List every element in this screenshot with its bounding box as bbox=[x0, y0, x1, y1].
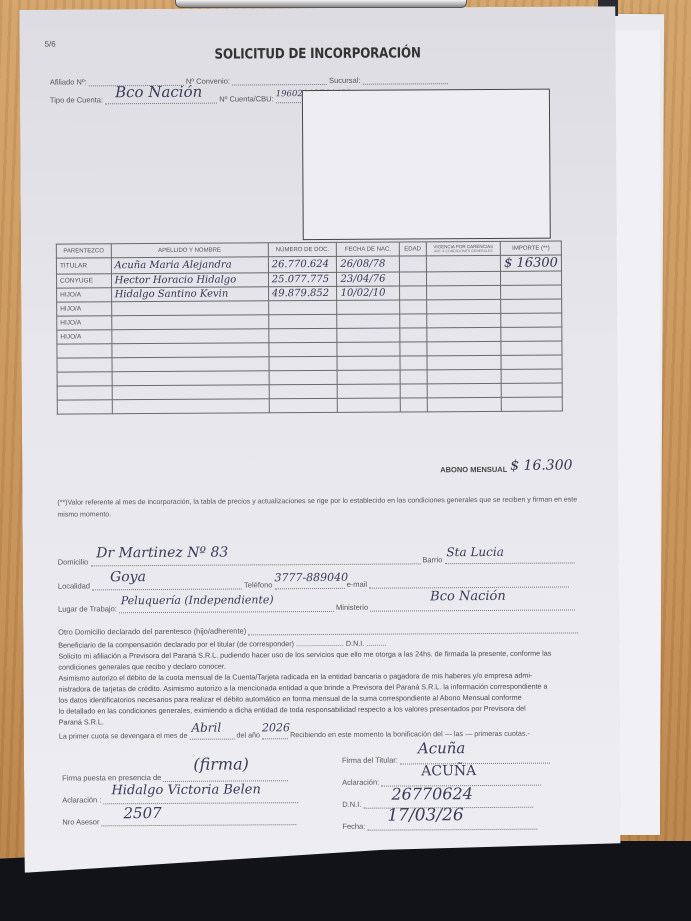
edad-cell[interactable] bbox=[400, 384, 427, 398]
domicilio-value: Dr Martinez Nº 83 bbox=[96, 545, 228, 562]
bonificacion-las[interactable]: — bbox=[465, 729, 472, 738]
doc-cell[interactable] bbox=[269, 398, 338, 412]
importe-cell[interactable] bbox=[501, 271, 562, 285]
edad-cell[interactable] bbox=[400, 328, 427, 342]
vigencia-cell[interactable] bbox=[427, 397, 502, 411]
sucursal-label: Sucursal: bbox=[329, 76, 360, 85]
email-label: e-mail bbox=[347, 580, 367, 589]
col-vigencia-subtext: ART. 4 CONDICIONES GENERALES bbox=[430, 249, 498, 253]
primera-cuota-mes-value: Abril bbox=[191, 721, 221, 735]
primera-cuota-mes-field[interactable]: Abril bbox=[189, 731, 234, 740]
col-edad: EDAD bbox=[399, 242, 426, 256]
vigencia-cell[interactable] bbox=[426, 299, 501, 313]
cuenta-cbu-label: Nº Cuenta/CBU: bbox=[219, 94, 273, 103]
nac-cell[interactable] bbox=[338, 384, 400, 398]
anio-value: 2026 bbox=[262, 721, 290, 734]
otro-domicilio-row: Otro Domicilio declarado del parentesco … bbox=[58, 624, 578, 636]
importe-cell[interactable] bbox=[501, 299, 562, 313]
domicilio-field[interactable]: Dr Martinez Nº 83 bbox=[90, 555, 420, 566]
parentezco-cell: TITULAR bbox=[56, 258, 111, 274]
clipboard-clip bbox=[175, 0, 467, 8]
doc-cell[interactable] bbox=[268, 300, 337, 314]
parentezco-cell: HIJO/A bbox=[57, 316, 112, 330]
presencia-row: Firma puesta en presencia de (firma) bbox=[62, 772, 288, 782]
nac-cell[interactable] bbox=[338, 398, 400, 412]
trabajo-field[interactable]: Peluquería (Independiente) bbox=[119, 603, 334, 613]
parentezco-cell: HIJO/A bbox=[57, 330, 112, 344]
doc-cell[interactable] bbox=[269, 356, 338, 370]
primera-cuota-label: La primer cuota se devengara el mes de bbox=[59, 731, 188, 741]
nombre-cell[interactable] bbox=[111, 343, 268, 358]
localidad-field[interactable]: Goya bbox=[92, 580, 242, 590]
parentezco-cell bbox=[57, 400, 112, 414]
importe-cell[interactable] bbox=[501, 383, 562, 397]
bonificacion-end: primeras cuotas.- bbox=[474, 729, 530, 738]
importe-cell[interactable] bbox=[501, 313, 562, 327]
barrio-field[interactable]: Sta Lucia bbox=[444, 554, 574, 564]
vigencia-cell[interactable] bbox=[427, 383, 502, 397]
nac-cell[interactable]: 26/08/78 bbox=[337, 256, 400, 272]
doc-cell[interactable] bbox=[269, 314, 338, 328]
col-nac: FECHA DE NAC. bbox=[337, 242, 399, 256]
nac-cell[interactable] bbox=[337, 328, 399, 342]
parentezco-cell bbox=[57, 386, 112, 400]
nro-asesor-field[interactable]: 2507 bbox=[102, 816, 297, 826]
barrio-value: Sta Lucia bbox=[446, 545, 504, 559]
family-members-table: PARENTEZCO APELLIDO Y NOMBRE NÚMERO DE D… bbox=[56, 241, 563, 415]
presencia-signature: (firma) bbox=[193, 754, 249, 773]
nombre-cell[interactable]: Hidalgo Santino Kevin bbox=[111, 287, 268, 302]
aclaracion-titular-label: Aclaración: bbox=[342, 778, 379, 787]
aclaracion-asesor-label: Aclaración : bbox=[62, 795, 101, 804]
telefono-label: Teléfono bbox=[244, 580, 272, 589]
nombre-cell[interactable] bbox=[112, 385, 269, 400]
vigencia-cell[interactable] bbox=[427, 369, 502, 383]
nro-asesor-value: 2507 bbox=[123, 804, 161, 822]
nombre-cell[interactable] bbox=[112, 357, 269, 372]
nac-cell[interactable] bbox=[337, 300, 399, 314]
edad-cell[interactable] bbox=[400, 314, 427, 328]
domicilio-label: Domicilio bbox=[58, 557, 88, 566]
tipo-cuenta-field[interactable]: Bco Nación bbox=[105, 95, 217, 105]
aclaracion-asesor-value: Hidalgo Victoria Belen bbox=[111, 782, 260, 798]
importe-cell[interactable] bbox=[501, 341, 562, 355]
page-number: 5/6 bbox=[45, 40, 56, 49]
edad-cell[interactable] bbox=[400, 342, 427, 356]
edad-cell[interactable] bbox=[400, 300, 427, 314]
telefono-field[interactable]: 3777-889040 bbox=[274, 580, 344, 589]
fecha-field[interactable]: 17/03/26 bbox=[367, 821, 537, 831]
edad-cell[interactable] bbox=[400, 398, 427, 412]
bonificacion-las-label: las bbox=[454, 729, 463, 738]
parentezco-cell: HIJO/A bbox=[57, 302, 112, 316]
trabajo-label: Lugar de Trabajo: bbox=[58, 604, 117, 613]
aclaracion-asesor-field[interactable]: Hidalgo Victoria Belen bbox=[103, 794, 298, 804]
presencia-label: Firma puesta en presencia de bbox=[62, 773, 161, 783]
domicilio-row: Domicilio Dr Martinez Nº 83 Barrio Sta L… bbox=[58, 554, 575, 566]
nac-cell[interactable] bbox=[337, 356, 399, 370]
table-row bbox=[57, 397, 562, 414]
parentezco-cell: HIJO/A bbox=[57, 288, 112, 302]
trabajo-row: Lugar de Trabajo: Peluquería (Independie… bbox=[58, 601, 575, 613]
parentezco-cell: CÓNYUGE bbox=[56, 274, 111, 288]
nac-cell[interactable] bbox=[338, 370, 400, 384]
edad-cell[interactable] bbox=[399, 272, 426, 286]
nombre-cell[interactable] bbox=[112, 371, 269, 386]
doc-cell[interactable]: 26.770.624 bbox=[268, 256, 337, 272]
nombre-cell[interactable] bbox=[111, 315, 268, 330]
col-doc: NÚMERO DE DOC. bbox=[268, 242, 337, 256]
barrio-label: Barrio bbox=[422, 555, 442, 564]
dni-titular-label: D.N.I. bbox=[342, 800, 361, 809]
firma-titular-signature: Acuña bbox=[418, 739, 466, 757]
nombre-cell[interactable] bbox=[112, 399, 269, 414]
doc-cell[interactable] bbox=[269, 370, 338, 384]
sucursal-field[interactable] bbox=[362, 75, 447, 85]
trabajo-value: Peluquería (Independiente) bbox=[121, 593, 274, 607]
fecha-label: Fecha: bbox=[342, 822, 365, 831]
edad-cell[interactable] bbox=[399, 286, 426, 300]
importe-cell[interactable] bbox=[501, 397, 562, 411]
doc-cell[interactable] bbox=[269, 384, 338, 398]
afiliado-label: Afiliado Nº: bbox=[50, 77, 87, 86]
price-note: (**)Valor referente al mes de incorporac… bbox=[57, 494, 577, 521]
vigencia-cell[interactable] bbox=[427, 341, 502, 355]
localidad-value: Goya bbox=[110, 569, 146, 585]
doc-cell[interactable] bbox=[269, 328, 338, 342]
tipo-cuenta-value: Bco Nación bbox=[115, 83, 202, 102]
doc-cell[interactable]: 25.077.775 bbox=[268, 272, 337, 286]
nro-asesor-row: Nro Asesor 2507 bbox=[62, 816, 296, 826]
photo-box bbox=[302, 89, 551, 241]
header-line-1: Afiliado Nº: Nº Convenio: Sucursal: bbox=[50, 75, 448, 86]
telefono-value: 3777-889040 bbox=[274, 571, 348, 584]
nac-cell[interactable] bbox=[337, 314, 399, 328]
nombre-cell[interactable]: Hector Horacio Hidalgo bbox=[111, 273, 268, 288]
abono-mensual-value[interactable]: $ 16.300 bbox=[510, 457, 572, 473]
ministerio-label: Ministerio bbox=[336, 603, 368, 612]
vigencia-cell[interactable] bbox=[426, 255, 501, 271]
importe-cell[interactable] bbox=[501, 355, 562, 369]
ministerio-value: Bco Nación bbox=[430, 589, 506, 604]
localidad-label: Localidad bbox=[58, 581, 90, 590]
doc-cell[interactable] bbox=[269, 342, 338, 356]
anio-label: del año bbox=[236, 730, 260, 739]
nombre-cell[interactable] bbox=[111, 301, 268, 316]
parentezco-cell bbox=[57, 358, 112, 372]
tipo-cuenta-label: Tipo de Cuenta: bbox=[50, 95, 103, 104]
nac-cell[interactable]: 10/02/10 bbox=[337, 286, 399, 300]
aclaracion-asesor-row: Aclaración : Hidalgo Victoria Belen bbox=[62, 794, 298, 804]
bonificacion-text: Recibiendo en este momento la bonificaci… bbox=[290, 729, 443, 739]
anio-field[interactable]: 2026 bbox=[262, 730, 288, 739]
terms-paragraph: Beneficiario de la compensación declarad… bbox=[58, 636, 604, 727]
importe-cell[interactable]: $ 16300 bbox=[501, 255, 562, 271]
vigencia-cell[interactable] bbox=[426, 285, 501, 299]
nombre-cell[interactable] bbox=[111, 329, 268, 344]
bonificacion-del[interactable]: — bbox=[445, 729, 452, 738]
edad-cell[interactable] bbox=[400, 370, 427, 384]
nombre-cell[interactable]: Acuña Maria Alejandra bbox=[111, 257, 268, 274]
vigencia-cell[interactable] bbox=[426, 313, 501, 327]
vigencia-cell[interactable] bbox=[427, 355, 502, 369]
email-field[interactable] bbox=[369, 578, 569, 588]
nac-cell[interactable]: 23/04/76 bbox=[337, 272, 399, 286]
importe-cell[interactable] bbox=[501, 285, 562, 299]
nac-cell[interactable] bbox=[337, 342, 399, 356]
otro-domicilio-field[interactable] bbox=[248, 624, 578, 635]
family-table-body: TITULARAcuña Maria Alejandra26.770.62426… bbox=[56, 255, 562, 414]
application-form-paper: 5/6 SOLICITUD DE INCORPORACIÓN Afiliado … bbox=[19, 6, 620, 873]
otro-domicilio-label: Otro Domicilio declarado del parentesco … bbox=[58, 626, 246, 636]
ministerio-field[interactable]: Bco Nación bbox=[370, 601, 575, 611]
fecha-value: 17/03/26 bbox=[387, 805, 463, 825]
fecha-row: Fecha: 17/03/26 bbox=[342, 821, 537, 831]
nro-asesor-label: Nro Asesor bbox=[62, 817, 99, 826]
vigencia-cell[interactable] bbox=[427, 327, 502, 341]
convenio-field[interactable] bbox=[232, 76, 327, 86]
parentezco-cell bbox=[57, 344, 112, 358]
doc-cell[interactable]: 49.879.852 bbox=[268, 286, 337, 300]
parentezco-cell bbox=[57, 372, 112, 386]
vigencia-cell[interactable] bbox=[426, 271, 501, 285]
firma-titular-label: Firma del Titular: bbox=[342, 756, 398, 765]
edad-cell[interactable] bbox=[400, 356, 427, 370]
aclaracion-titular-value: ACUÑA bbox=[421, 763, 476, 779]
form-title: SOLICITUD DE INCORPORACIÓN bbox=[64, 44, 571, 63]
col-importe: IMPORTE (**) bbox=[500, 241, 561, 255]
col-parentezco: PARENTEZCO bbox=[56, 244, 111, 258]
importe-cell[interactable] bbox=[501, 327, 562, 341]
col-vigencia: VIGENCIA POR CARENCIAS ART. 4 CONDICIONE… bbox=[426, 241, 501, 255]
presencia-signature-field[interactable]: (firma) bbox=[163, 772, 288, 782]
col-nombre: APELLIDO Y NOMBRE bbox=[111, 243, 268, 258]
dni-titular-value: 26770624 bbox=[391, 784, 473, 803]
abono-mensual-label: ABONO MENSUAL bbox=[440, 465, 507, 474]
edad-cell[interactable] bbox=[399, 256, 426, 272]
importe-cell[interactable] bbox=[501, 369, 562, 383]
